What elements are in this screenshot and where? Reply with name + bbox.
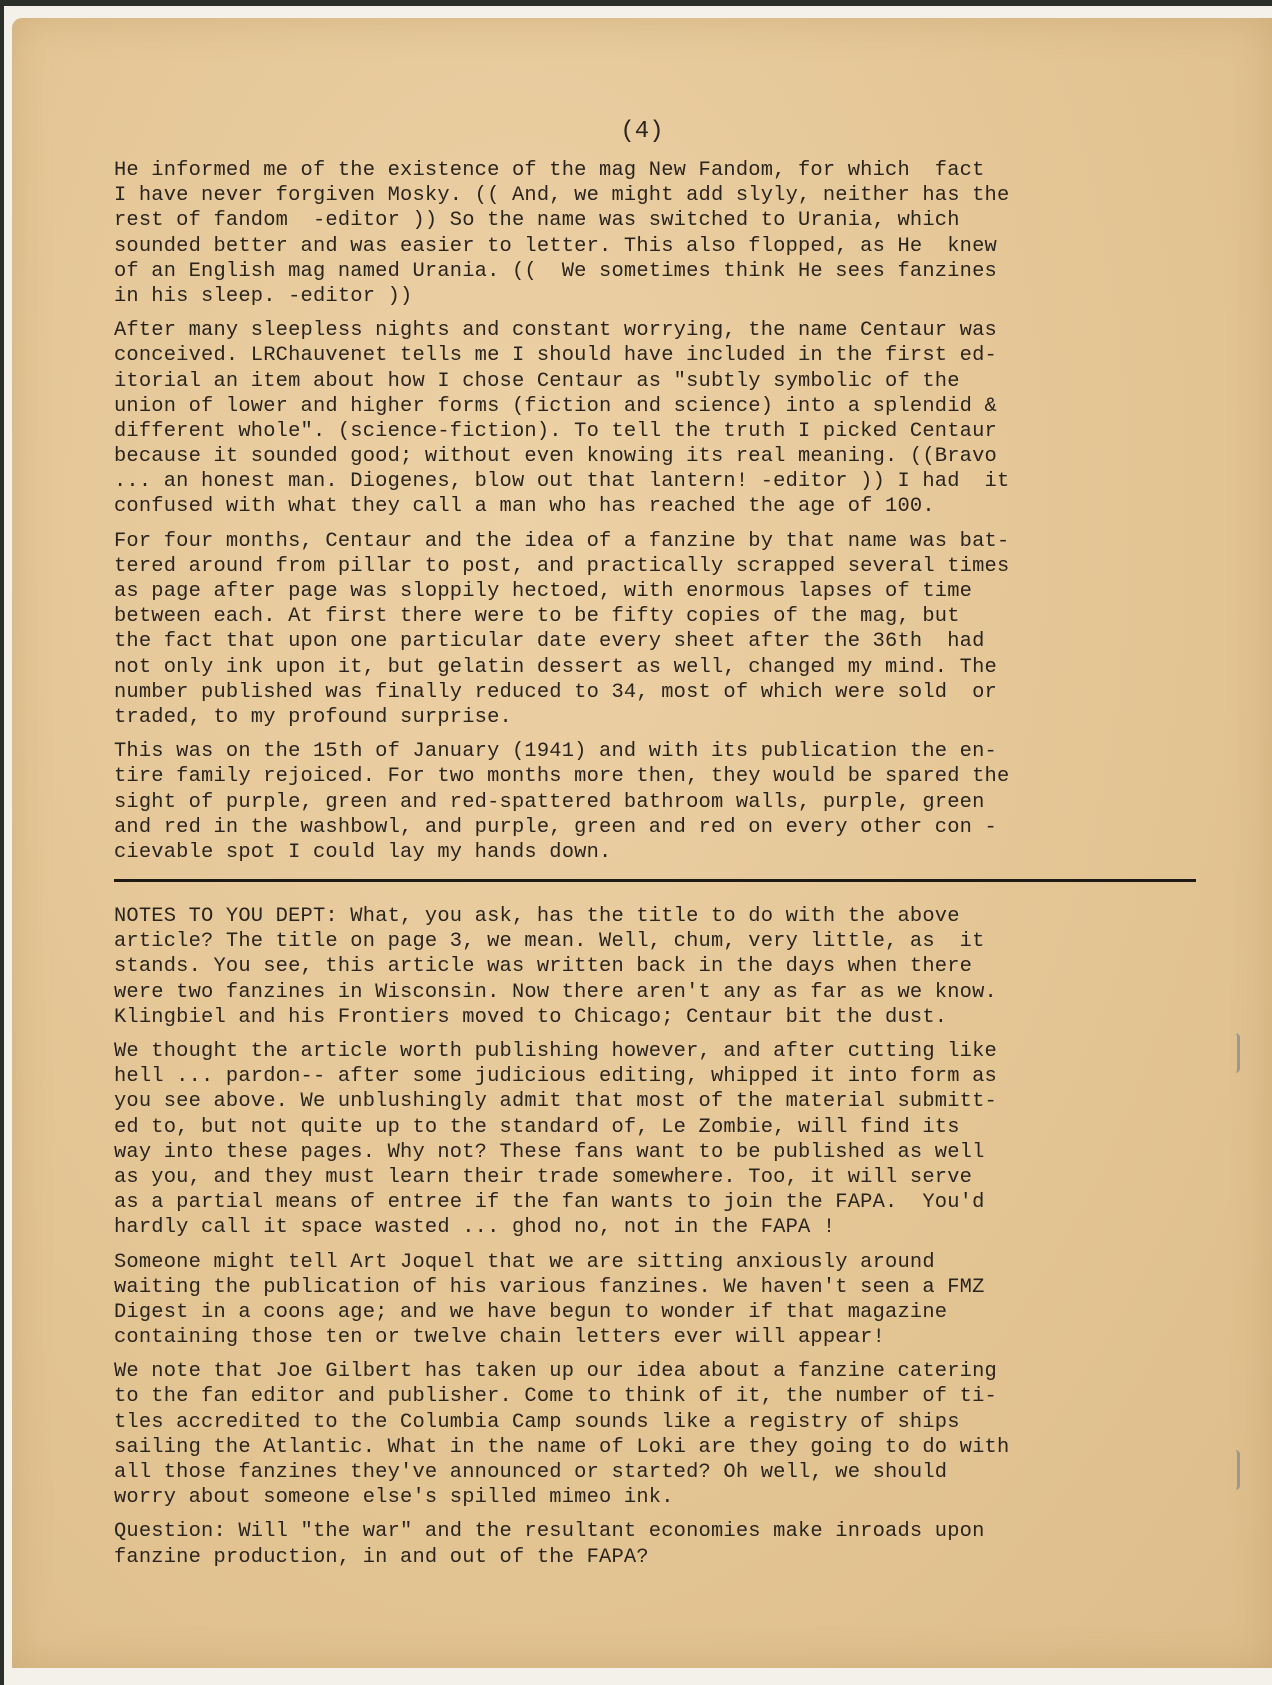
text-line: This was on the 15th of January (1941) a…	[114, 739, 1204, 764]
paragraph: We note that Joe Gilbert has taken up ou…	[114, 1359, 1204, 1510]
text-line: tered around from pillar to post, and pr…	[114, 554, 1204, 579]
text-line: After many sleepless nights and constant…	[114, 318, 1204, 343]
text-line: as you, and they must learn their trade …	[114, 1165, 1204, 1190]
text-line: hardly call it space wasted ... ghod no,…	[114, 1215, 1204, 1240]
text-line: as a partial means of entree if the fan …	[114, 1190, 1204, 1215]
text-line: way into these pages. Why not? These fan…	[114, 1140, 1204, 1165]
text-line: as page after page was sloppily hectoed,…	[114, 579, 1204, 604]
paragraph: After many sleepless nights and constant…	[114, 318, 1204, 520]
text-line: traded, to my profound surprise.	[114, 705, 1204, 730]
text-line: tles accredited to the Columbia Camp sou…	[114, 1410, 1204, 1435]
text-line: NOTES TO YOU DEPT: What, you ask, has th…	[114, 904, 1204, 929]
text-line: For four months, Centaur and the idea of…	[114, 529, 1204, 554]
text-line: We note that Joe Gilbert has taken up ou…	[114, 1359, 1204, 1384]
text-line: hell ... pardon-- after some judicious e…	[114, 1064, 1204, 1089]
paragraph: Question: Will "the war" and the resulta…	[114, 1519, 1204, 1569]
text-line: ed to, but not quite up to the standard …	[114, 1115, 1204, 1140]
text-line: the fact that upon one particular date e…	[114, 629, 1204, 654]
text-line: containing those ten or twelve chain let…	[114, 1325, 1204, 1350]
text-line: Digest in a coons age; and we have begun…	[114, 1300, 1204, 1325]
text-line: you see above. We unblushingly admit tha…	[114, 1089, 1204, 1114]
text-line: Someone might tell Art Joquel that we ar…	[114, 1250, 1204, 1275]
text-line: in his sleep. -editor ))	[114, 284, 1204, 309]
staple-icon	[1231, 1033, 1240, 1073]
paragraph: Someone might tell Art Joquel that we ar…	[114, 1250, 1204, 1351]
text-line: He informed me of the existence of the m…	[114, 158, 1204, 183]
text-line: I have never forgiven Mosky. (( And, we …	[114, 183, 1204, 208]
text-line: confused with what they call a man who h…	[114, 494, 1204, 519]
paragraph: This was on the 15th of January (1941) a…	[114, 739, 1204, 865]
text-line: different whole". (science-fiction). To …	[114, 419, 1204, 444]
staple-icon	[1231, 1450, 1240, 1490]
paragraph: We thought the article worth publishing …	[114, 1039, 1204, 1241]
text-line: union of lower and higher forms (fiction…	[114, 394, 1204, 419]
text-line: because it sounded good; without even kn…	[114, 444, 1204, 469]
text-line: fanzine production, in and out of the FA…	[114, 1545, 1204, 1570]
text-line: and red in the washbowl, and purple, gre…	[114, 815, 1204, 840]
text-line: We thought the article worth publishing …	[114, 1039, 1204, 1064]
text-line: all those fanzines they've announced or …	[114, 1460, 1204, 1485]
text-line: between each. At first there were to be …	[114, 604, 1204, 629]
text-line: were two fanzines in Wisconsin. Now ther…	[114, 980, 1204, 1005]
paragraph: For four months, Centaur and the idea of…	[114, 529, 1204, 731]
text-line: Klingbiel and his Frontiers moved to Chi…	[114, 1005, 1204, 1030]
text-line: waiting the publication of his various f…	[114, 1275, 1204, 1300]
text-line: rest of fandom -editor )) So the name wa…	[114, 208, 1204, 233]
text-line: sounded better and was easier to letter.…	[114, 234, 1204, 259]
text-line: sight of purple, green and red-spattered…	[114, 790, 1204, 815]
text-line: to the fan editor and publisher. Come to…	[114, 1384, 1204, 1409]
text-line: number published was finally reduced to …	[114, 680, 1204, 705]
text-line: cievable spot I could lay my hands down.	[114, 840, 1204, 865]
notes-section: NOTES TO YOU DEPT: What, you ask, has th…	[114, 904, 1204, 1570]
body-text: He informed me of the existence of the m…	[114, 158, 1204, 1579]
text-line: article? The title on page 3, we mean. W…	[114, 929, 1204, 954]
article-section: He informed me of the existence of the m…	[114, 158, 1204, 865]
paragraph: He informed me of the existence of the m…	[114, 158, 1204, 309]
text-line: conceived. LRChauvenet tells me I should…	[114, 343, 1204, 368]
typewritten-page: (4) He informed me of the existence of t…	[12, 18, 1272, 1668]
text-line: ... an honest man. Diogenes, blow out th…	[114, 469, 1204, 494]
text-line: tire family rejoiced. For two months mor…	[114, 764, 1204, 789]
text-line: of an English mag named Urania. (( We so…	[114, 259, 1204, 284]
text-line: sailing the Atlantic. What in the name o…	[114, 1435, 1204, 1460]
paragraph: NOTES TO YOU DEPT: What, you ask, has th…	[114, 904, 1204, 1030]
text-line: not only ink upon it, but gelatin desser…	[114, 655, 1204, 680]
text-line: stands. You see, this article was writte…	[114, 954, 1204, 979]
text-line: Question: Will "the war" and the resulta…	[114, 1519, 1204, 1544]
text-line: worry about someone else's spilled mimeo…	[114, 1485, 1204, 1510]
page-number: (4)	[12, 118, 1272, 145]
section-divider	[114, 879, 1196, 882]
text-line: itorial an item about how I chose Centau…	[114, 369, 1204, 394]
